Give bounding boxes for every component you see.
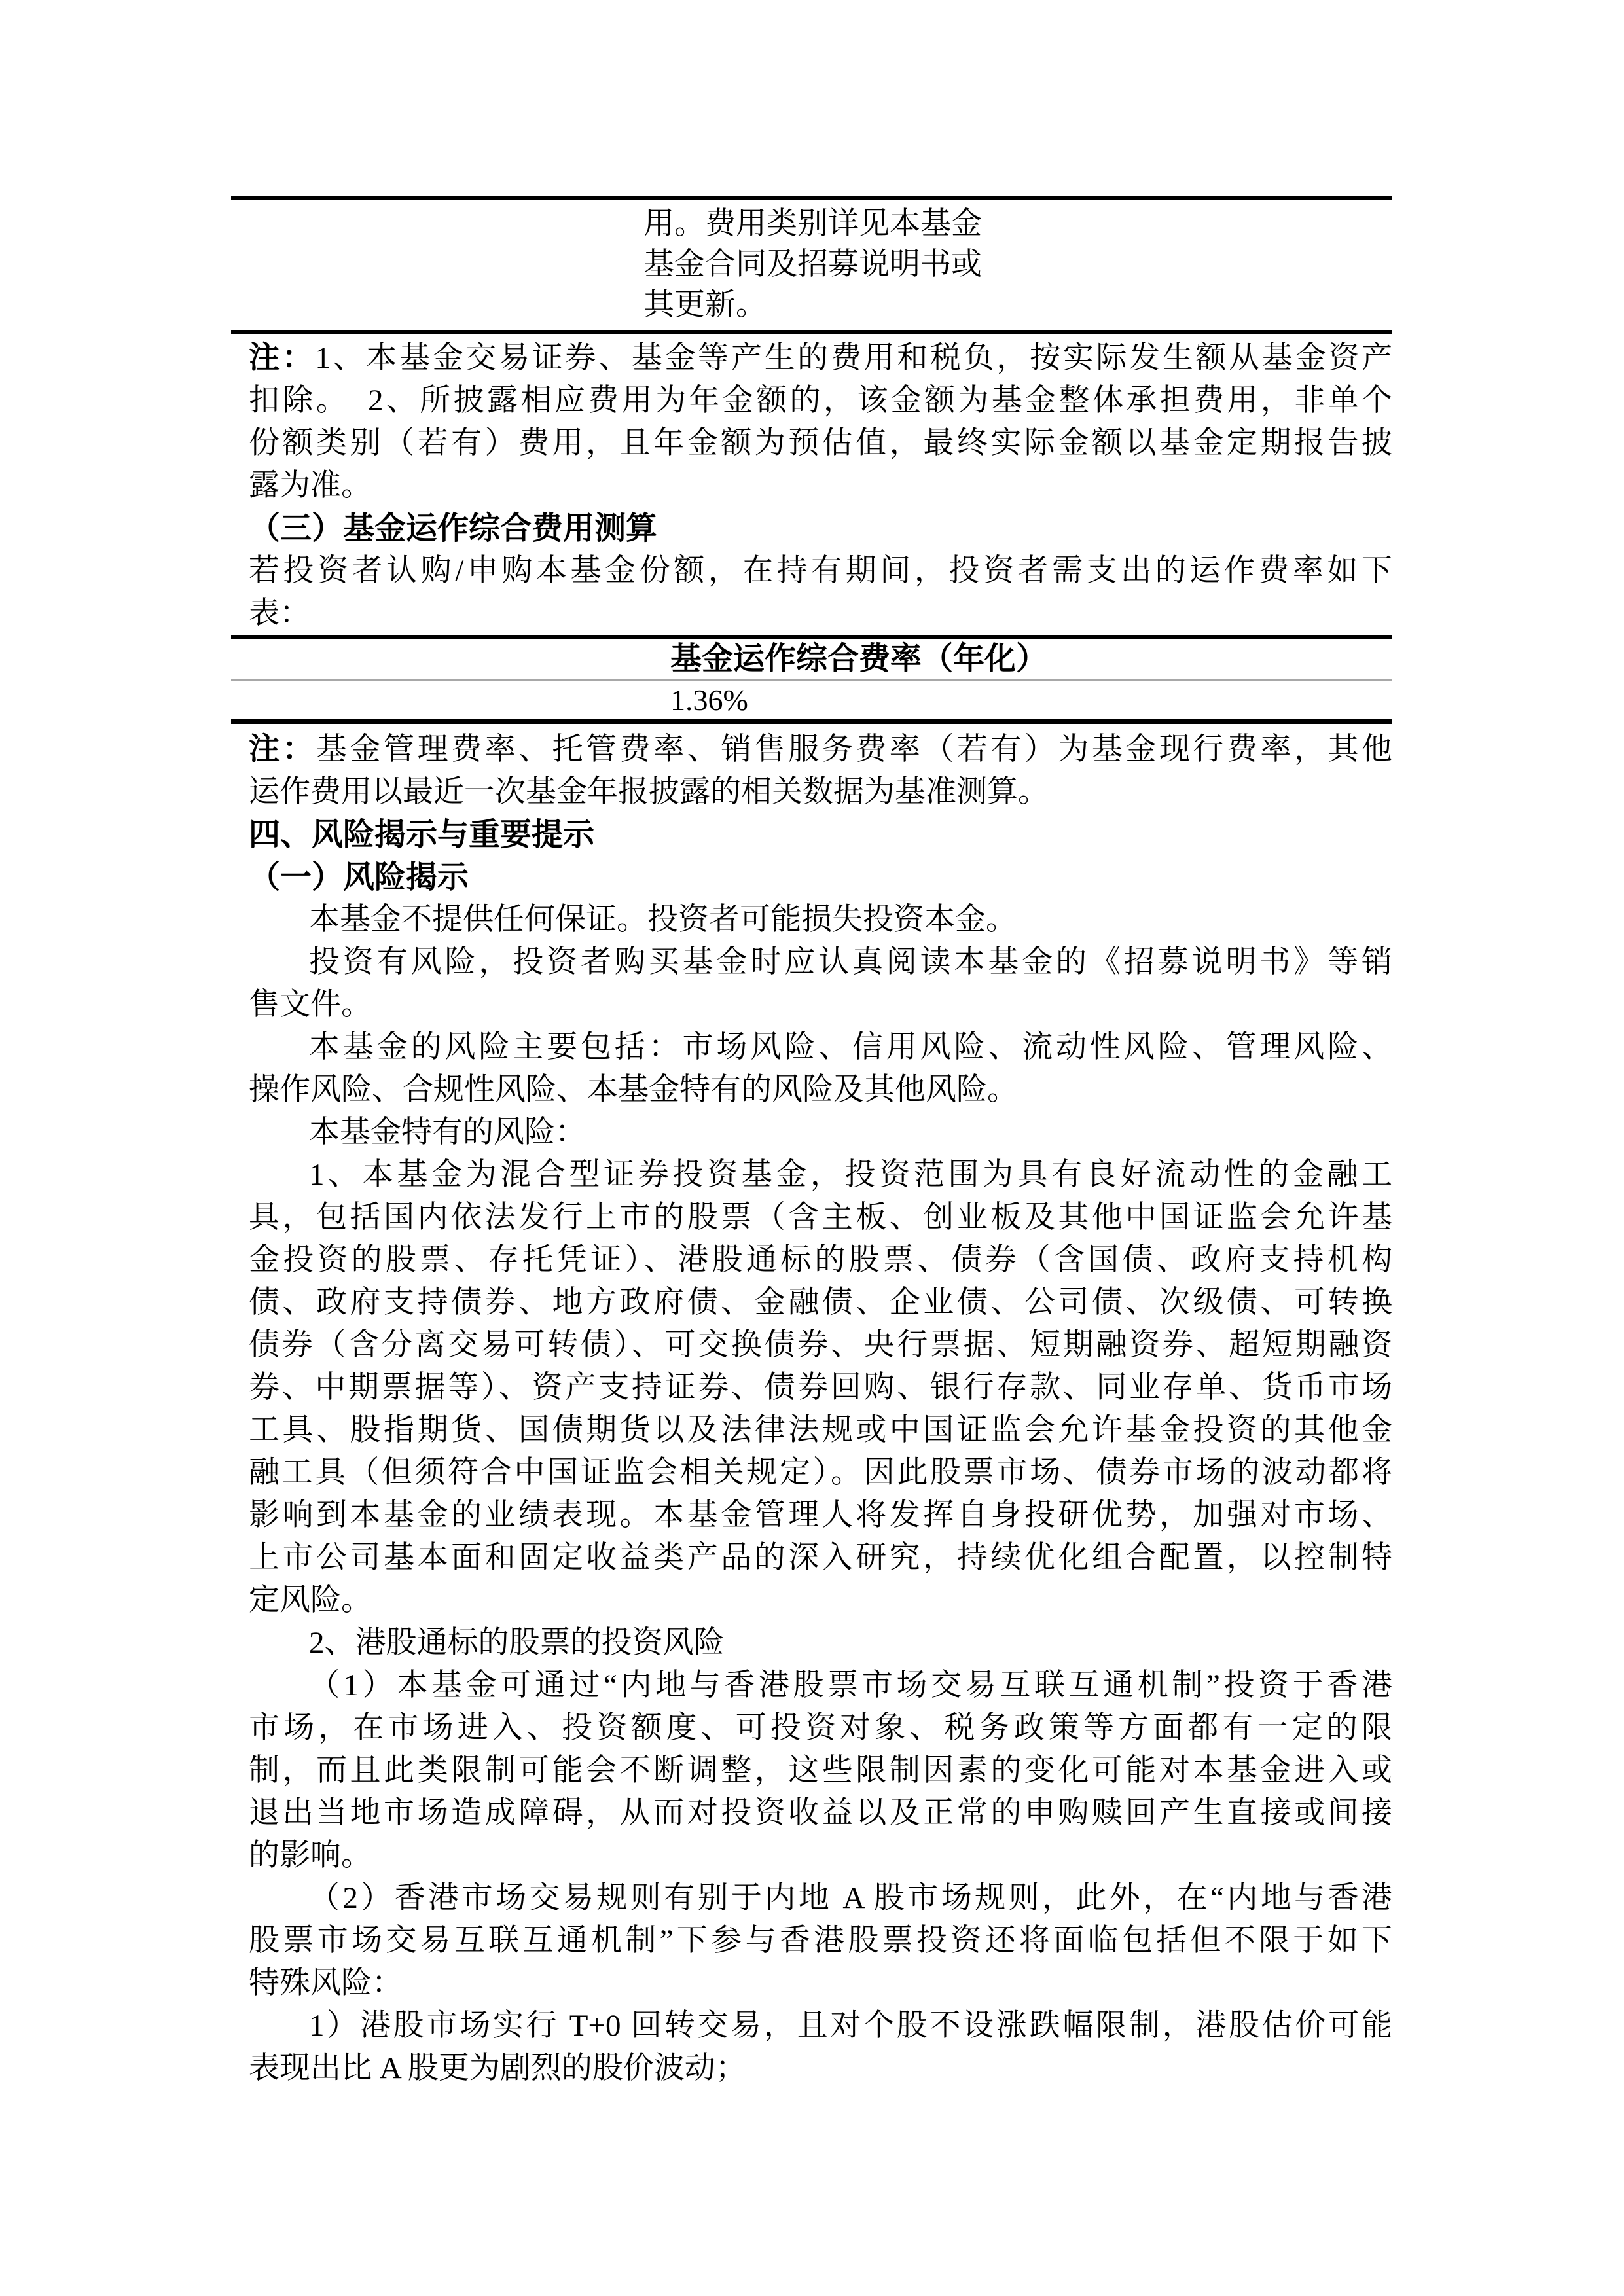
text-line: 1）港股市场实行 T+0 回转交易，且对个股不设涨跌幅限制，港股估价可能 bbox=[249, 2005, 1392, 2047]
operation-fee-table: 基金运作综合费率（年化） 1.36% bbox=[231, 635, 1392, 724]
note-first-line: 注：1、本基金交易证券、基金等产生的费用和税负，按实际发生额从基金资产 bbox=[249, 337, 1392, 380]
subsection-heading-risk-disclosure: （一）风险揭示 bbox=[231, 856, 1392, 899]
text-line: 表现出比 A 股更为剧烈的股价波动； bbox=[249, 2047, 1392, 2090]
text-line: 操作风险、合规性风险、本基金特有的风险及其他风险。 bbox=[249, 1069, 1392, 1111]
operation-fee-table-value: 1.36% bbox=[657, 681, 1392, 719]
risk-paragraphs: 本基金不提供任何保证。投资者可能损失投资本金。投资有风险，投资者购买基金时应认真… bbox=[231, 899, 1392, 2090]
note-rest-lines: 扣除。 2、所披露相应费用为年金额的，该金额为基金整体承担费用，非单个份额类别（… bbox=[249, 380, 1392, 507]
text-line: 具，包括国内依法发行上市的股票（含主板、创业板及其他中国证监会允许基 bbox=[249, 1196, 1392, 1239]
text-line: 用。费用类别详见本基金 bbox=[643, 204, 1026, 244]
operation-fee-table-header: 基金运作综合费率（年化） bbox=[657, 639, 1392, 679]
operation-fee-table-value-row: 1.36% bbox=[231, 681, 1392, 719]
section-heading-risk: 四、风险揭示与重要提示 bbox=[231, 814, 1392, 856]
text-line: 售文件。 bbox=[249, 984, 1392, 1026]
text-line: 定风险。 bbox=[249, 1579, 1392, 1622]
note-label: 注： bbox=[249, 341, 315, 375]
text-line: 2、港股通标的股票的投资风险 bbox=[249, 1622, 1392, 1664]
text-line: 基金合同及招募说明书或 bbox=[643, 244, 1026, 285]
text-line: 本基金不提供任何保证。投资者可能损失投资本金。 bbox=[249, 899, 1392, 941]
text-line: 债、政府支持债券、地方政府债、金融债、企业债、公司债、次级债、可转换 bbox=[249, 1282, 1392, 1324]
page-content: 用。费用类别详见本基金基金合同及招募说明书或其更新。 注：1、本基金交易证券、基… bbox=[231, 0, 1392, 2090]
text-line: 股票市场交易互联互通机制”下参与香港股票投资还将面临包括但不限于如下 bbox=[249, 1920, 1392, 1962]
document-page: 用。费用类别详见本基金基金合同及招募说明书或其更新。 注：1、本基金交易证券、基… bbox=[0, 0, 1624, 2296]
operation-fee-table-header-row: 基金运作综合费率（年化） bbox=[231, 639, 1392, 681]
text-line: 金投资的股票、存托凭证）、港股通标的股票、债券（含国债、政府支持机构 bbox=[249, 1239, 1392, 1282]
fee-table-note: 注：1、本基金交易证券、基金等产生的费用和税负，按实际发生额从基金资产 扣除。 … bbox=[231, 337, 1392, 507]
fee-category-cell: 用。费用类别详见本基金基金合同及招募说明书或其更新。 bbox=[623, 204, 1026, 325]
text-line: 份额类别（若有）费用，且年金额为预估值，最终实际金额以基金定期报告披 bbox=[249, 422, 1392, 465]
fee-category-table: 用。费用类别详见本基金基金合同及招募说明书或其更新。 bbox=[231, 196, 1392, 334]
text-line: 退出当地市场造成障碍，从而对投资收益以及正常的申购赎回产生直接或间接 bbox=[249, 1792, 1392, 1835]
operation-fee-note: 注：基金管理费率、托管费率、销售服务费率（若有）为基金现行费率，其他 运作费用以… bbox=[231, 728, 1392, 814]
text-line: 特殊风险： bbox=[249, 1962, 1392, 2005]
text-line: 本基金的风险主要包括：市场风险、信用风险、流动性风险、管理风险、 bbox=[249, 1026, 1392, 1069]
note-first-line-text: 基金管理费率、托管费率、销售服务费率（若有）为基金现行费率，其他 bbox=[316, 732, 1392, 766]
section-heading-fee-calc: （三）基金运作综合费用测算 bbox=[231, 507, 1392, 550]
text-line: 工具、股指期货、国债期货以及法律法规或中国证监会允许基金投资的其他金 bbox=[249, 1409, 1392, 1452]
text-line: 若投资者认购/申购本基金份额，在持有期间，投资者需支出的运作费率如下 bbox=[249, 550, 1392, 592]
text-line: 融工具（但须符合中国证监会相关规定）。因此股票市场、债券市场的波动都将 bbox=[249, 1452, 1392, 1494]
text-line: （1）本基金可通过“内地与香港股票市场交易互联互通机制”投资于香港 bbox=[249, 1664, 1392, 1707]
text-line: 表： bbox=[249, 592, 1392, 635]
fee-intro-paragraph: 若投资者认购/申购本基金份额，在持有期间，投资者需支出的运作费率如下表： bbox=[231, 550, 1392, 635]
note-rest-lines: 运作费用以最近一次基金年报披露的相关数据为基准测算。 bbox=[249, 771, 1392, 814]
text-line: 债券（含分离交易可转债）、可交换债券、央行票据、短期融资券、超短期融资 bbox=[249, 1324, 1392, 1367]
text-line: 制，而且此类限制可能会不断调整，这些限制因素的变化可能对本基金进入或 bbox=[249, 1749, 1392, 1792]
text-line: 其更新。 bbox=[643, 285, 1026, 325]
note-label: 注： bbox=[249, 732, 316, 766]
note-first-line-text: 1、本基金交易证券、基金等产生的费用和税负，按实际发生额从基金资产 bbox=[315, 341, 1392, 375]
text-line: 投资有风险，投资者购买基金时应认真阅读本基金的《招募说明书》等销 bbox=[249, 941, 1392, 984]
text-line: 影响到本基金的业绩表现。本基金管理人将发挥自身投研优势，加强对市场、 bbox=[249, 1494, 1392, 1537]
text-line: 运作费用以最近一次基金年报披露的相关数据为基准测算。 bbox=[249, 771, 1392, 814]
text-line: 上市公司基本面和固定收益类产品的深入研究，持续优化组合配置，以控制特 bbox=[249, 1537, 1392, 1579]
text-line: 本基金特有的风险： bbox=[249, 1111, 1392, 1154]
text-line: 券、中期票据等）、资产支持证券、债券回购、银行存款、同业存单、货币市场 bbox=[249, 1367, 1392, 1409]
note-first-line: 注：基金管理费率、托管费率、销售服务费率（若有）为基金现行费率，其他 bbox=[249, 728, 1392, 771]
text-line: 的影响。 bbox=[249, 1835, 1392, 1877]
text-line: 市场，在市场进入、投资额度、可投资对象、税务政策等方面都有一定的限 bbox=[249, 1707, 1392, 1749]
text-line: 1、本基金为混合型证券投资基金，投资范围为具有良好流动性的金融工 bbox=[249, 1154, 1392, 1196]
text-line: （2）香港市场交易规则有别于内地 A 股市场规则，此外，在“内地与香港 bbox=[249, 1877, 1392, 1920]
text-line: 露为准。 bbox=[249, 465, 1392, 507]
text-line: 扣除。 2、所披露相应费用为年金额的，该金额为基金整体承担费用，非单个 bbox=[249, 380, 1392, 422]
